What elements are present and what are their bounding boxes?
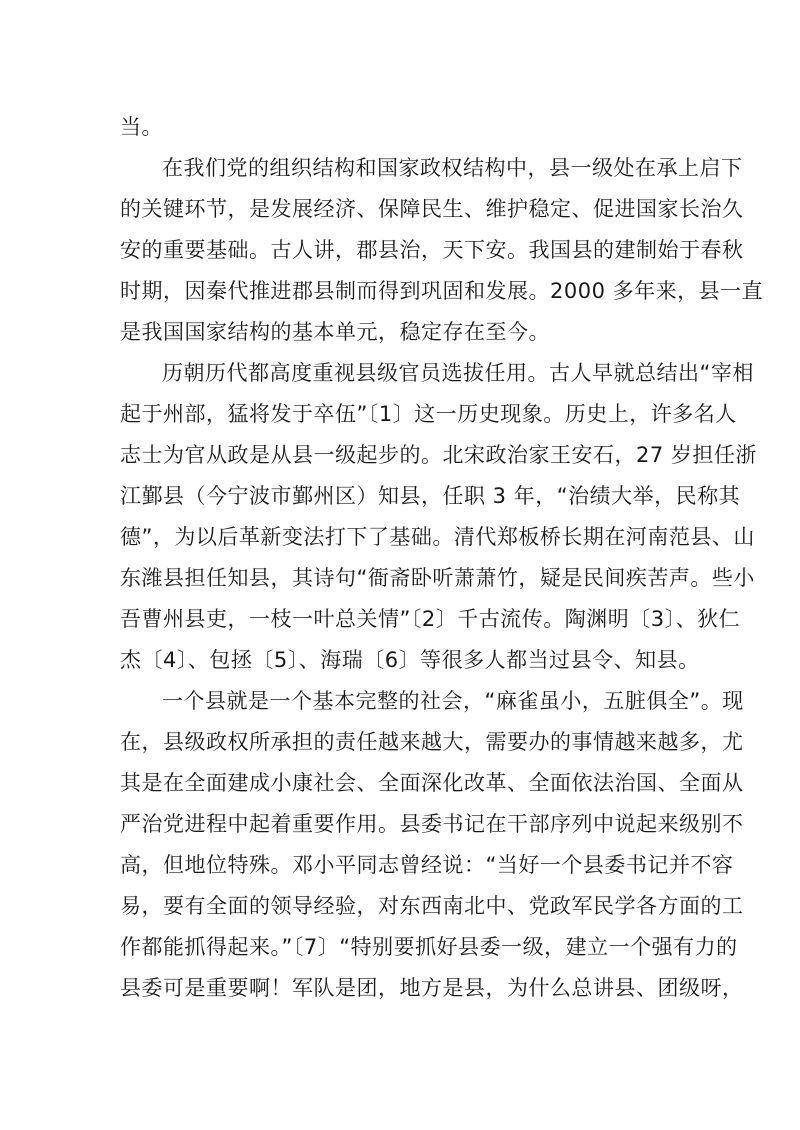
document-body: 当。 在我们党的组织结构和国家政权结构中，县一级处在承上启下 的关键环节，是发展… (120, 107, 690, 1009)
document-page: 当。 在我们党的组织结构和国家政权结构中，县一级处在承上启下 的关键环节，是发展… (0, 0, 800, 1130)
paragraph-start-line: 一个县就是一个基本完整的社会，“麻雀虽小，五脏俱全”。现 (120, 681, 690, 722)
paragraph-start-line: 在我们党的组织结构和国家政权结构中，县一级处在承上启下 (120, 148, 690, 189)
text-line: 起于州部，猛将发于卒伍”〔1〕这一历史现象。历史上，许多名人 (120, 394, 690, 435)
text-line: 当。 (120, 107, 690, 148)
text-line: 是我国国家结构的基本单元，稳定存在至今。 (120, 312, 690, 353)
text-line: 高，但地位特殊。邓小平同志曾经说：“当好一个县委书记并不容 (120, 845, 690, 886)
text-line: 德”，为以后革新变法打下了基础。清代郑板桥长期在河南范县、山 (120, 517, 690, 558)
text-line: 的关键环节，是发展经济、保障民生、维护稳定、促进国家长治久 (120, 189, 690, 230)
text-line: 安的重要基础。古人讲，郡县治，天下安。我国县的建制始于春秋 (120, 230, 690, 271)
text-line: 县委可是重要啊！军队是团，地方是县，为什么总讲县、团级呀， (120, 968, 690, 1009)
text-line: 其是在全面建成小康社会、全面深化改革、全面依法治国、全面从 (120, 763, 690, 804)
text-line: 杰〔4〕、包拯〔5〕、海瑞〔6〕等很多人都当过县令、知县。 (120, 640, 690, 681)
text-line: 易，要有全面的领导经验，对东西南北中、党政军民学各方面的工 (120, 886, 690, 927)
text-line: 时期，因秦代推进郡县制而得到巩固和发展。2000 多年来，县一直 (120, 271, 690, 312)
text-line: 东潍县担任知县，其诗句“衙斋卧听萧萧竹，疑是民间疾苦声。些小 (120, 558, 690, 599)
paragraph-start-line: 历朝历代都高度重视县级官员选拔任用。古人早就总结出“宰相 (120, 353, 690, 394)
text-line: 志士为官从政是从县一级起步的。北宋政治家王安石，27 岁担任浙 (120, 435, 690, 476)
text-line: 在，县级政权所承担的责任越来越大，需要办的事情越来越多，尤 (120, 722, 690, 763)
text-line: 江鄞县（今宁波市鄞州区）知县，任职 3 年，“治绩大举，民称其 (120, 476, 690, 517)
text-line: 吾曹州县吏，一枝一叶总关情”〔2〕千古流传。陶渊明〔3〕、狄仁 (120, 599, 690, 640)
text-line: 严治党进程中起着重要作用。县委书记在干部序列中说起来级别不 (120, 804, 690, 845)
text-line: 作都能抓得起来。”〔7〕“特别要抓好县委一级，建立一个强有力的 (120, 927, 690, 968)
